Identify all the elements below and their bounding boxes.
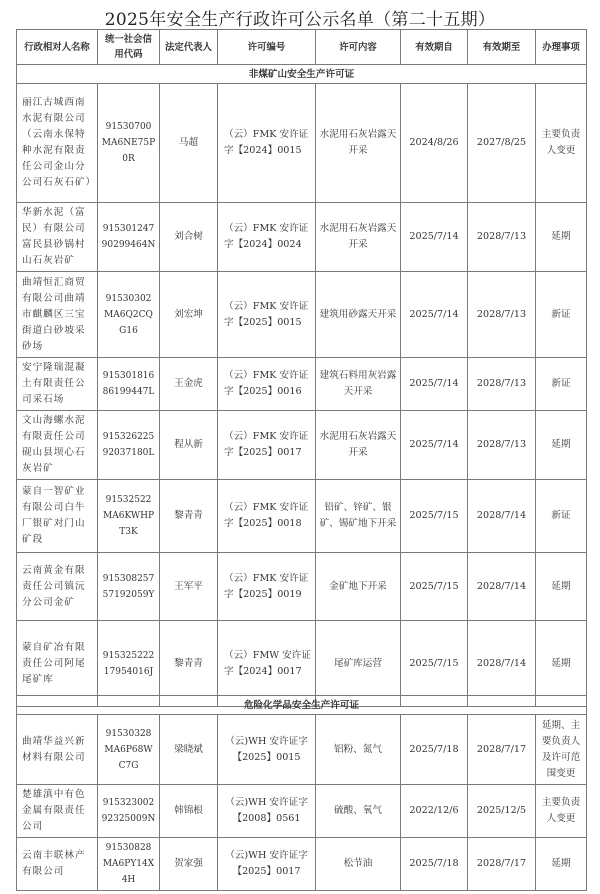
table-row: 蒙自矿冶有限责任公司阿尾尾矿库91532522217954016J黎青青（云）F… (17, 621, 587, 707)
license-no-cell: （云）FMK 安许证字【2025】0015 (218, 272, 316, 358)
valid-to-cell: 2028/7/17 (468, 838, 536, 891)
table-row: 曲靖华益兴新材料有限公司91530328MA6P68WC7G梁晓斌（云)WH 安… (17, 715, 587, 785)
valid-from-cell: 2025/7/14 (401, 272, 468, 358)
license-content-cell: 水泥用石灰岩露天开采 (316, 203, 401, 272)
action-cell: 延期、主要负责人及许可范围变更 (536, 715, 587, 785)
credit-code-cell: 91530700MA6NE75P0R (98, 84, 160, 203)
document-title: 2025年安全生产行政许可公示名单（第二十五期） (0, 5, 600, 30)
entity-name-cell: 云南黄金有限责任公司镇沅分公司金矿 (17, 553, 98, 621)
valid-from-cell: 2025/7/15 (401, 480, 468, 553)
table-row: 丽江古城西南水泥有限公司（云南永保特种水泥有限责任公司金山分公司石灰石矿）915… (17, 84, 587, 203)
action-cell: 新证 (536, 480, 587, 553)
valid-from-cell: 2025/7/18 (401, 715, 468, 785)
license-no-cell: （云)WH 安许证字【2008】0561 (218, 785, 316, 838)
table-row: 安宁隆瑞混凝土有限责任公司采石场91530181686199447L王金虎（云）… (17, 358, 587, 411)
credit-code-cell: 91532300292325009N (98, 785, 160, 838)
table-row: 蒙自一智矿业有限公司白牛厂银矿对门山矿段91532522MA6KWHPT3K黎青… (17, 480, 587, 553)
license-content-cell: 尾矿库运营 (316, 621, 401, 707)
valid-from-cell: 2022/12/6 (401, 785, 468, 838)
valid-to-cell: 2028/7/14 (468, 621, 536, 707)
license-no-cell: （云）FMK 安许证字【2025】0018 (218, 480, 316, 553)
table-row: 楚雄滇中有色金属有限责任公司91532300292325009N韩锦根（云)WH… (17, 785, 587, 838)
license-no-cell: （云)WH 安许证字【2025】0017 (218, 838, 316, 891)
action-cell: 延期 (536, 203, 587, 272)
legal-rep-cell: 黎青青 (160, 621, 218, 707)
valid-from-cell: 2024/8/26 (401, 84, 468, 203)
table-header-row: 行政相对人名称 统一社会信用代码 法定代表人 许可编号 许可内容 有效期自 有效… (17, 30, 587, 65)
valid-from-cell: 2025/7/15 (401, 553, 468, 621)
table-row: 云南黄金有限责任公司镇沅分公司金矿91530825757192059Y王军平（云… (17, 553, 587, 621)
license-content-cell: 金矿地下开采 (316, 553, 401, 621)
permit-table-hazardous-chemicals: 危险化学品安全生产许可证 曲靖华益兴新材料有限公司91530328MA6P68W… (16, 695, 587, 891)
action-cell: 新证 (536, 272, 587, 358)
header-action: 办理事项 (536, 30, 587, 65)
license-no-cell: （云）FMK 安许证字【2025】0017 (218, 411, 316, 480)
legal-rep-cell: 黎青青 (160, 480, 218, 553)
section-header-row: 非煤矿山安全生产许可证 (17, 65, 587, 84)
header-entity-name: 行政相对人名称 (17, 30, 98, 65)
license-content-cell: 铅矿、锌矿、银矿、锡矿地下开采 (316, 480, 401, 553)
legal-rep-cell: 程从新 (160, 411, 218, 480)
valid-to-cell: 2028/7/14 (468, 480, 536, 553)
table-row: 云南丰联林产有限公司91530828MA6PY14X4H贺家强（云)WH 安许证… (17, 838, 587, 891)
license-content-cell: 建筑石料用灰岩露天开采 (316, 358, 401, 411)
entity-name-cell: 文山海螺水泥有限责任公司砚山县坝心石灰岩矿 (17, 411, 98, 480)
credit-code-cell: 91530181686199447L (98, 358, 160, 411)
header-valid-to: 有效期至 (468, 30, 536, 65)
table-row: 曲靖恒汇商贸有限公司曲靖市麒麟区三宝街道白砂坡采砂场91530302MA6Q2C… (17, 272, 587, 358)
license-no-cell: （云）FMK 安许证字【2025】0016 (218, 358, 316, 411)
section-title: 非煤矿山安全生产许可证 (17, 65, 587, 84)
legal-rep-cell: 马超 (160, 84, 218, 203)
header-license-content: 许可内容 (316, 30, 401, 65)
table-row: 文山海螺水泥有限责任公司砚山县坝心石灰岩矿91532622592037180L程… (17, 411, 587, 480)
license-no-cell: （云）FMW 安许证字【2024】0017 (218, 621, 316, 707)
credit-code-cell: 91530828MA6PY14X4H (98, 838, 160, 891)
credit-code-cell: 91530302MA6Q2CQG16 (98, 272, 160, 358)
permit-table-non-coal-mines: 行政相对人名称 统一社会信用代码 法定代表人 许可编号 许可内容 有效期自 有效… (16, 29, 587, 707)
license-content-cell: 松节油 (316, 838, 401, 891)
valid-from-cell: 2025/7/18 (401, 838, 468, 891)
valid-to-cell: 2028/7/13 (468, 411, 536, 480)
action-cell: 主要负责人变更 (536, 785, 587, 838)
action-cell: 延期 (536, 621, 587, 707)
credit-code-cell: 91530825757192059Y (98, 553, 160, 621)
entity-name-cell: 曲靖华益兴新材料有限公司 (17, 715, 98, 785)
action-cell: 延期 (536, 553, 587, 621)
table-row: 华新水泥（富民）有限公司富民县砂锅村山石灰岩矿91530124790299464… (17, 203, 587, 272)
valid-from-cell: 2025/7/15 (401, 621, 468, 707)
action-cell: 新证 (536, 358, 587, 411)
legal-rep-cell: 贺家强 (160, 838, 218, 891)
action-cell: 主要负责人变更 (536, 84, 587, 203)
legal-rep-cell: 韩锦根 (160, 785, 218, 838)
license-content-cell: 水泥用石灰岩露天开采 (316, 84, 401, 203)
entity-name-cell: 云南丰联林产有限公司 (17, 838, 98, 891)
valid-from-cell: 2025/7/14 (401, 203, 468, 272)
section-title: 危险化学品安全生产许可证 (17, 696, 587, 715)
header-valid-from: 有效期自 (401, 30, 468, 65)
header-credit-code: 统一社会信用代码 (98, 30, 160, 65)
license-content-cell: 水泥用石灰岩露天开采 (316, 411, 401, 480)
entity-name-cell: 曲靖恒汇商贸有限公司曲靖市麒麟区三宝街道白砂坡采砂场 (17, 272, 98, 358)
valid-from-cell: 2025/7/14 (401, 358, 468, 411)
license-no-cell: （云）FMK 安许证字【2025】0019 (218, 553, 316, 621)
legal-rep-cell: 刘宏坤 (160, 272, 218, 358)
license-content-cell: 铝粉、氮气 (316, 715, 401, 785)
valid-to-cell: 2028/7/13 (468, 272, 536, 358)
entity-name-cell: 华新水泥（富民）有限公司富民县砂锅村山石灰岩矿 (17, 203, 98, 272)
legal-rep-cell: 梁晓斌 (160, 715, 218, 785)
valid-to-cell: 2028/7/14 (468, 553, 536, 621)
license-content-cell: 建筑用砂露天开采 (316, 272, 401, 358)
valid-to-cell: 2028/7/13 (468, 358, 536, 411)
action-cell: 延期 (536, 411, 587, 480)
credit-code-cell: 91530124790299464N (98, 203, 160, 272)
header-legal-rep: 法定代表人 (160, 30, 218, 65)
credit-code-cell: 91532622592037180L (98, 411, 160, 480)
valid-to-cell: 2027/8/25 (468, 84, 536, 203)
credit-code-cell: 91532522MA6KWHPT3K (98, 480, 160, 553)
license-no-cell: （云）FMK 安许证字【2024】0015 (218, 84, 316, 203)
action-cell: 延期 (536, 838, 587, 891)
legal-rep-cell: 王军平 (160, 553, 218, 621)
license-no-cell: （云)WH 安许证字【2025】0015 (218, 715, 316, 785)
valid-to-cell: 2028/7/17 (468, 715, 536, 785)
entity-name-cell: 丽江古城西南水泥有限公司（云南永保特种水泥有限责任公司金山分公司石灰石矿） (17, 84, 98, 203)
valid-to-cell: 2028/7/13 (468, 203, 536, 272)
license-no-cell: （云）FMK 安许证字【2024】0024 (218, 203, 316, 272)
entity-name-cell: 蒙自矿冶有限责任公司阿尾尾矿库 (17, 621, 98, 707)
valid-from-cell: 2025/7/14 (401, 411, 468, 480)
entity-name-cell: 蒙自一智矿业有限公司白牛厂银矿对门山矿段 (17, 480, 98, 553)
entity-name-cell: 楚雄滇中有色金属有限责任公司 (17, 785, 98, 838)
header-license-no: 许可编号 (218, 30, 316, 65)
credit-code-cell: 91530328MA6P68WC7G (98, 715, 160, 785)
valid-to-cell: 2025/12/5 (468, 785, 536, 838)
section-header-row: 危险化学品安全生产许可证 (17, 696, 587, 715)
entity-name-cell: 安宁隆瑞混凝土有限责任公司采石场 (17, 358, 98, 411)
legal-rep-cell: 刘合树 (160, 203, 218, 272)
credit-code-cell: 91532522217954016J (98, 621, 160, 707)
legal-rep-cell: 王金虎 (160, 358, 218, 411)
license-content-cell: 硫酸、氧气 (316, 785, 401, 838)
